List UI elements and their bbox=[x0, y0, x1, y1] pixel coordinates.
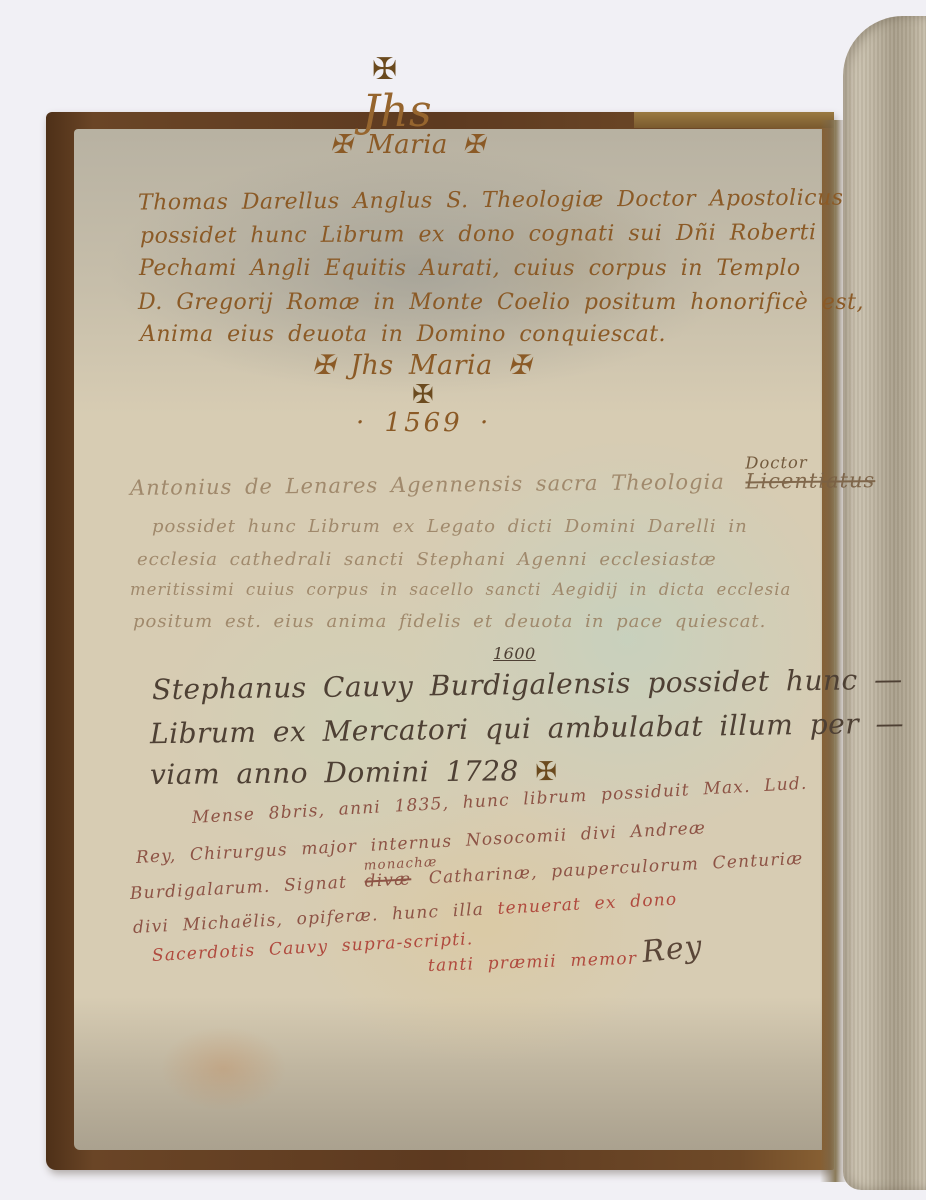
rey-signature: Rey bbox=[640, 929, 704, 970]
lenares-doctor-correction: Doctor bbox=[745, 453, 808, 473]
rey-monachae-correction: monachæ bbox=[363, 855, 437, 874]
flyleaf-page bbox=[74, 129, 822, 1150]
lenares-struck-word: Licentiatus Doctor bbox=[745, 468, 875, 493]
cauvy-line-3: viam anno Domini 1728 ✠ bbox=[150, 754, 558, 791]
darellus-year-1569: · 1569 · bbox=[356, 408, 491, 438]
lenares-line-4: meritissimi cuius corpus in sacello sanc… bbox=[130, 580, 791, 599]
lenares-line-5: positum est. eius anima fidelis et deuot… bbox=[133, 611, 766, 632]
jhs-maria-invocation: ✠ Jhs Maria ✠ bbox=[312, 350, 531, 381]
darellus-line-5: Anima eius deuota in Domino conquiescat. bbox=[140, 322, 666, 347]
darellus-line-1: Thomas Darellus Anglus S. Theologiæ Doct… bbox=[138, 186, 844, 216]
darellus-line-4: D. Gregorij Romæ in Monte Coelio positum… bbox=[138, 290, 864, 315]
facing-page-edge bbox=[843, 16, 926, 1190]
cross-icon: ✠ bbox=[535, 757, 558, 787]
cauvy-year-note-1600: 1600 bbox=[493, 644, 536, 663]
lenares-line-2: possidet hunc Librum ex Legato dicti Dom… bbox=[152, 516, 748, 537]
darellus-line-3: Pechami Angli Equitis Aurati, cuius corp… bbox=[139, 256, 801, 281]
cross-icon: ✠ bbox=[372, 52, 397, 87]
maria-invocation: ✠ Maria ✠ bbox=[330, 130, 485, 160]
cross-icon: ✠ bbox=[412, 380, 434, 410]
darellus-line-2: possidet hunc Librum ex dono cognati sui… bbox=[140, 220, 817, 249]
lenares-line-3: ecclesia cathedrali sancti Stephani Agen… bbox=[137, 549, 717, 570]
